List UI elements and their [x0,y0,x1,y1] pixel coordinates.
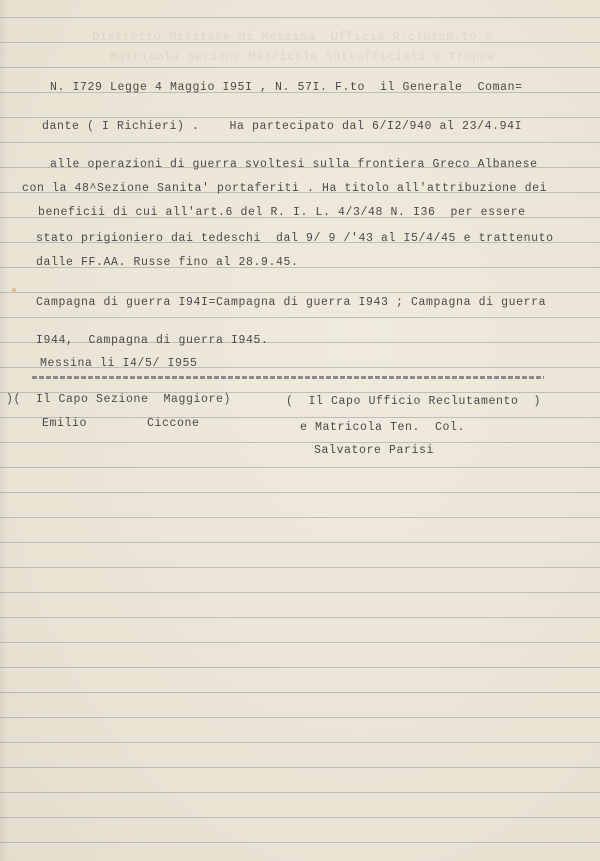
stain-spot [12,288,16,292]
left-signature-title: )( Il Capo Sezione Maggiore) [6,393,231,406]
body-line: alle operazioni di guerra svoltesi sulla… [50,158,538,171]
body-line: beneficii di cui all'art.6 del R. I. L. … [38,206,526,219]
right-signature-name: Salvatore Parisi [314,444,434,457]
body-line: N. I729 Legge 4 Maggio I95I , N. 57I. F.… [50,81,523,94]
body-line: dante ( I Richieri) . Ha partecipato dal… [42,120,522,133]
bleed-through-line: Matricola Sezione Matricola Sottufficial… [110,50,495,64]
right-signature-subtitle: e Matricola Ten. Col. [300,421,465,434]
body-line: con la 48^Sezione Sanita' portaferiti . … [22,182,547,195]
body-line: stato prigioniero dai tedeschi dal 9/ 9 … [36,232,554,245]
dashed-separator [32,376,544,379]
bleed-through-line: Distretto Militare di Messina Ufficio R.… [92,30,492,44]
left-signature-name: Emilio Ciccone [42,417,200,430]
date-line: Messina li I4/5/ I955 [40,357,198,370]
body-line: I944, Campagna di guerra I945. [36,334,269,347]
right-signature-title: ( Il Capo Ufficio Reclutamento ) [286,395,541,408]
body-line: dalle FF.AA. Russe fino al 28.9.45. [36,256,299,269]
body-line: Campagna di guerra I94I=Campagna di guer… [36,296,546,309]
